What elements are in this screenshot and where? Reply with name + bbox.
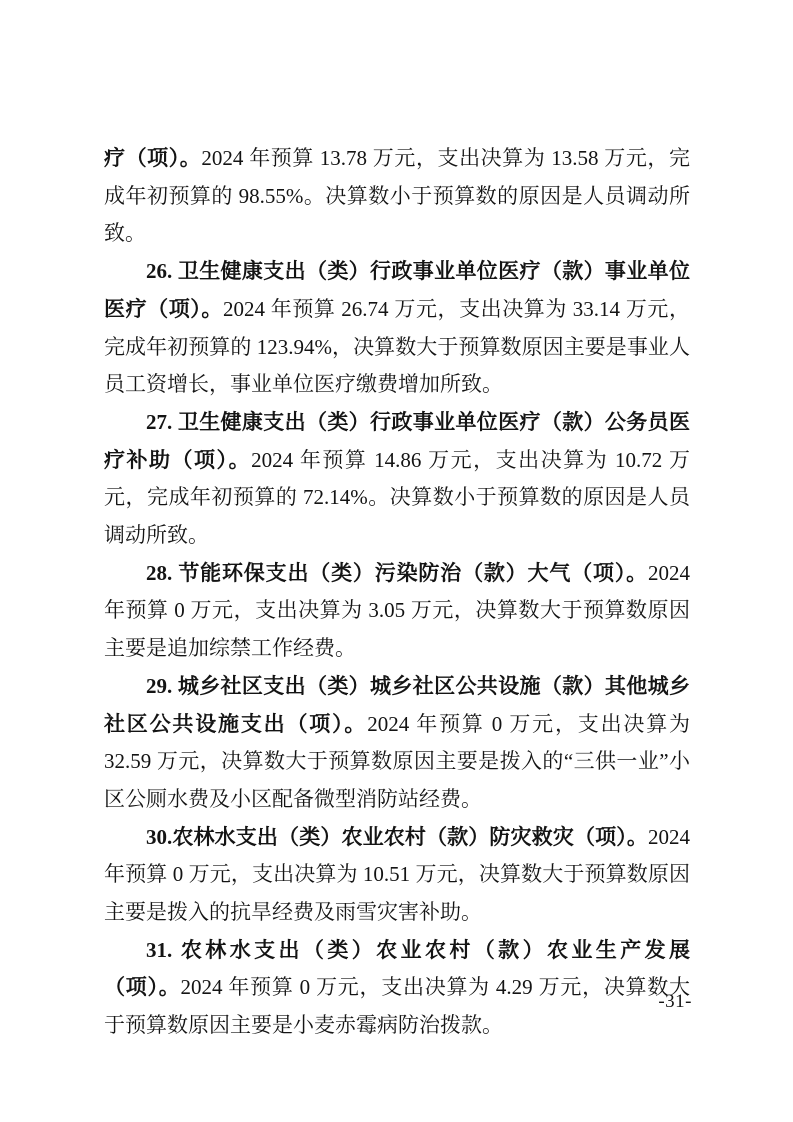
paragraph-28: 28. 节能环保支出（类）污染防治（款）大气（项）。2024 年预算 0 万元，… [104, 555, 690, 668]
paragraph-25-continuation: 疗（项）。2024 年预算 13.78 万元，支出决算为 13.58 万元，完成… [104, 140, 690, 253]
page-number: -31- [644, 990, 692, 1014]
paragraph-30: 30.农林水支出（类）农业农村（款）防灾救灾（项）。2024 年预算 0 万元，… [104, 819, 690, 932]
paragraph-31: 31. 农林水支出（类）农业农村（款）农业生产发展（项）。2024 年预算 0 … [104, 932, 690, 1045]
paragraph-lead-bold: 30.农林水支出（类）农业农村（款）防灾救灾（项）。 [146, 825, 648, 849]
paragraph-lead-bold: 疗（项）。 [104, 146, 201, 170]
paragraph-29: 29. 城乡社区支出（类）城乡社区公共设施（款）其他城乡社区公共设施支出（项）。… [104, 668, 690, 819]
document-page: 疗（项）。2024 年预算 13.78 万元，支出决算为 13.58 万元，完成… [0, 0, 793, 1122]
document-body: 疗（项）。2024 年预算 13.78 万元，支出决算为 13.58 万元，完成… [104, 140, 690, 1045]
paragraph-26: 26. 卫生健康支出（类）行政事业单位医疗（款）事业单位医疗（项）。2024 年… [104, 253, 690, 404]
paragraph-lead-bold: 28. 节能环保支出（类）污染防治（款）大气（项）。 [146, 561, 648, 585]
paragraph-text: 2024 年预算 0 万元，支出决算为 4.29 万元，决算数大于预算数原因主要… [104, 975, 690, 1037]
paragraph-27: 27. 卫生健康支出（类）行政事业单位医疗（款）公务员医疗补助（项）。2024 … [104, 404, 690, 555]
